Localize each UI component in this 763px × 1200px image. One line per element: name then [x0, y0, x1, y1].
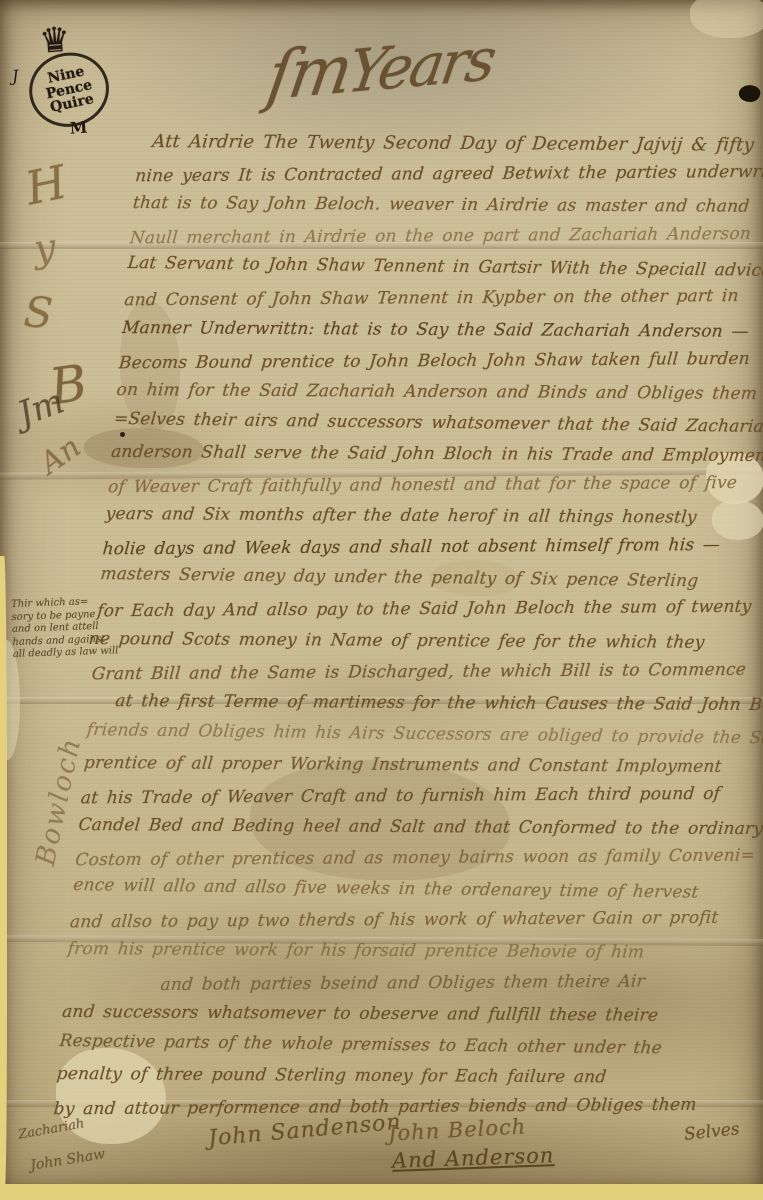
- manuscript-line: and both parties bseind and Obliges them…: [159, 966, 726, 1001]
- scanned-manuscript-page: ♛ Nine Pence Quire J M ſmYears Att Airdr…: [0, 0, 763, 1200]
- manuscript-line: from his prentice work for his forsaid p…: [66, 934, 729, 969]
- mat-edge-left: [0, 556, 7, 1188]
- manuscript-line: Att Airdrie The Twenty Second Day of Dec…: [151, 126, 763, 161]
- manuscript-line: and Consent of John Shaw Tennent in Kypb…: [123, 281, 763, 317]
- title-flourish-prefix: ſm: [262, 30, 355, 115]
- manuscript-line: ne pound Scots money in Name of prentice…: [87, 623, 756, 658]
- crown-icon: ♛: [38, 18, 142, 59]
- manuscript-body: Att Airdrie The Twenty Second Day of Dec…: [52, 128, 763, 1123]
- manuscript-line: Candel Bed and Beding heel and Salt and …: [77, 810, 740, 845]
- excise-stamp: ♛ Nine Pence Quire J M: [11, 18, 148, 131]
- manuscript-line: Grant Bill and the Same is Discharged, t…: [90, 654, 753, 690]
- manuscript-line: and allso to pay up two therds of his wo…: [69, 903, 732, 939]
- manuscript-line: anderson Shall serve the Said John Bloch…: [110, 437, 763, 472]
- title-word: Years: [343, 25, 498, 107]
- stamp-letter-m: M: [69, 118, 88, 138]
- manuscript-line: Manner Underwrittn: that is to Say the S…: [121, 313, 763, 348]
- manuscript-line: prentice of all proper Working Instrumen…: [82, 748, 745, 783]
- margin-flourish: S: [22, 287, 54, 338]
- manuscript-line: of Weaver Craft faithfully and honestl a…: [107, 468, 763, 504]
- manuscript-line: years and Six months after the date hero…: [104, 499, 763, 534]
- mat-edge-bottom: [0, 1184, 763, 1200]
- manuscript-line: for Each day And allso pay to the Said J…: [96, 592, 759, 628]
- stamp-letter-j: J: [11, 66, 19, 85]
- margin-note: Thir which as= sory to be payne and on l…: [11, 595, 125, 661]
- manuscript-line: that is to Say John Beloch. weaver in Ai…: [131, 188, 763, 223]
- margin-flourish: y: [32, 225, 58, 271]
- manuscript-line: Becoms Bound prentice to John Beloch Joh…: [118, 343, 763, 379]
- manuscript-line: at his Trade of Weaver Craft and to furn…: [80, 779, 743, 815]
- manuscript-line: nine years It is Contracted and agreed B…: [134, 157, 763, 193]
- manuscript-line: penalty of three pound Sterling money fo…: [55, 1059, 718, 1094]
